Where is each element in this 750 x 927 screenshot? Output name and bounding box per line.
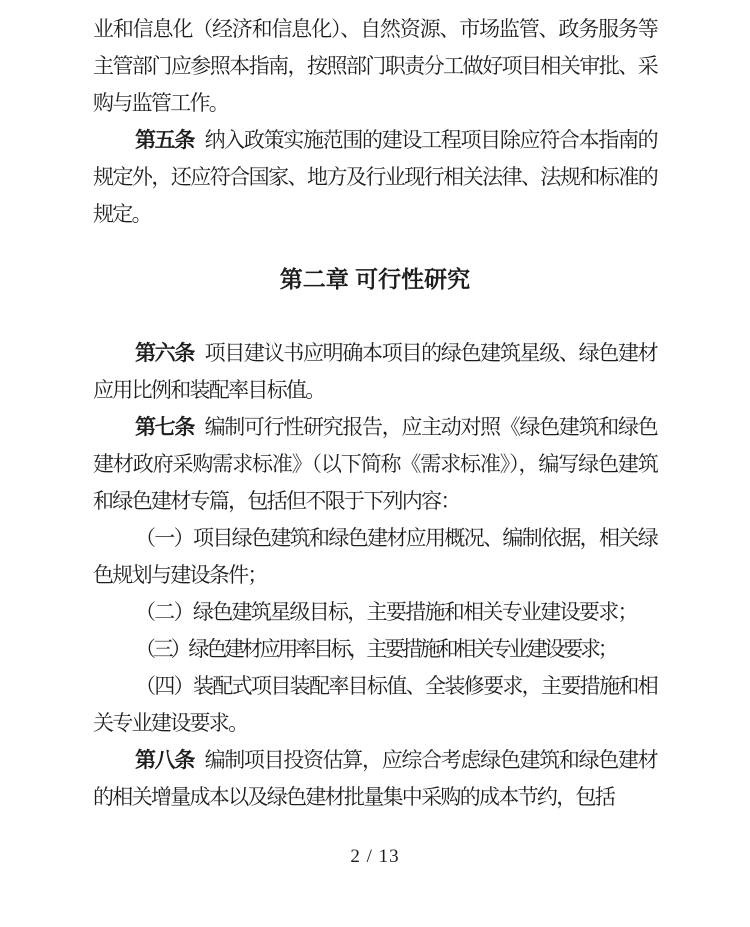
document-page: 业和信息化（经济和信息化）、自然资源、市场监管、政务服务等主管部门应参照本指南，…: [0, 0, 750, 927]
article-8-paragraph: 第八条编制项目投资估算，应综合考虑绿色建筑和绿色建材的相关增量成本以及绿色建材批…: [93, 742, 657, 816]
page-number: 2 / 13: [0, 838, 750, 875]
article-5-paragraph: 第五条纳入政策实施范围的建设工程项目除应符合本指南的规定外，还应符合国家、地方及…: [93, 122, 657, 233]
article-7-number: 第七条: [135, 416, 194, 439]
article-6-paragraph: 第六条项目建议书应明确本项目的绿色建筑星级、绿色建材应用比例和装配率目标值。: [93, 335, 657, 409]
article-8-number: 第八条: [135, 749, 194, 772]
list-item-1: （一）项目绿色建筑和绿色建材应用概况、编制依据，相关绿色规划与建设条件；: [93, 520, 657, 594]
article-6-number: 第六条: [135, 342, 194, 365]
continuation-paragraph: 业和信息化（经济和信息化）、自然资源、市场监管、政务服务等主管部门应参照本指南，…: [93, 11, 657, 122]
list-item-4: （四）装配式项目装配率目标值、全装修要求，主要措施和相关专业建设要求。: [93, 668, 657, 742]
list-item-2: （二）绿色建筑星级目标，主要措施和相关专业建设要求；: [93, 594, 657, 631]
article-7-paragraph: 第七条编制可行性研究报告，应主动对照《绿色建筑和绿色建材政府采购需求标准》（以下…: [93, 409, 657, 520]
chapter-heading: 第二章 可行性研究: [93, 259, 657, 299]
article-5-number: 第五条: [135, 129, 194, 152]
list-item-3: （三）绿色建材应用率目标，主要措施和相关专业建设要求；: [93, 631, 657, 668]
